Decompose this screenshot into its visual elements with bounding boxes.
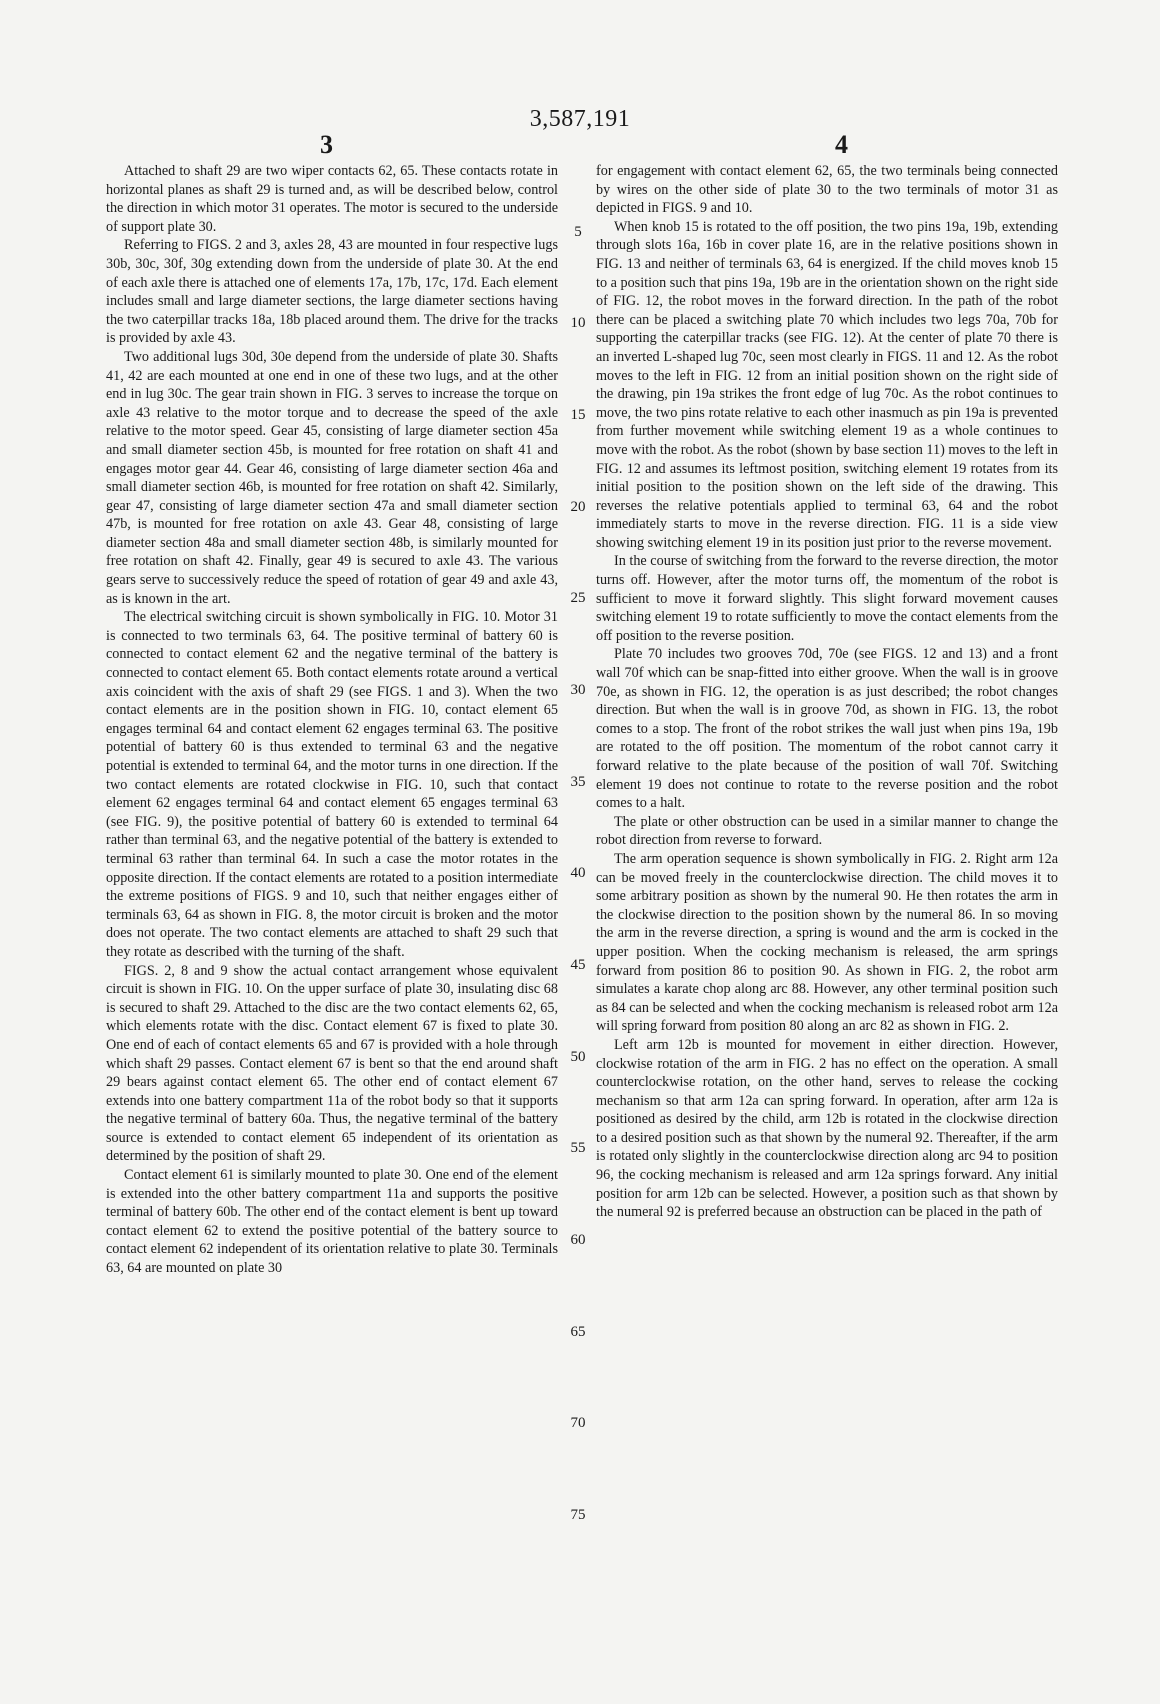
line-number: 5: [565, 224, 591, 241]
line-number: 50: [565, 1049, 591, 1066]
patent-number: 3,587,191: [0, 106, 1160, 133]
paragraph: The plate or other obstruction can be us…: [596, 813, 1058, 850]
line-number: 65: [565, 1324, 591, 1341]
line-number: 15: [565, 407, 591, 424]
paragraph: The arm operation sequence is shown symb…: [596, 850, 1058, 1036]
paragraph: When knob 15 is rotated to the off posit…: [596, 218, 1058, 553]
right-text-column: for engagement with contact element 62, …: [596, 162, 1058, 1222]
line-number: 10: [565, 315, 591, 332]
line-number: 45: [565, 957, 591, 974]
paragraph: Left arm 12b is mounted for movement in …: [596, 1036, 1058, 1222]
paragraph: In the course of switching from the forw…: [596, 552, 1058, 645]
line-number: 55: [565, 1140, 591, 1157]
paragraph: for engagement with contact element 62, …: [596, 162, 1058, 218]
line-number: 20: [565, 499, 591, 516]
line-number: 70: [565, 1415, 591, 1432]
paragraph: FIGS. 2, 8 and 9 show the actual contact…: [106, 962, 558, 1167]
column-number-right: 4: [835, 130, 848, 160]
line-number: 60: [565, 1232, 591, 1249]
column-number-left: 3: [320, 130, 333, 160]
paragraph: Plate 70 includes two grooves 70d, 70e (…: [596, 645, 1058, 812]
paragraph: Referring to FIGS. 2 and 3, axles 28, 43…: [106, 236, 558, 348]
paragraph: The electrical switching circuit is show…: [106, 608, 558, 961]
line-number: 35: [565, 774, 591, 791]
paragraph: Contact element 61 is similarly mounted …: [106, 1166, 558, 1278]
paragraph: Attached to shaft 29 are two wiper conta…: [106, 162, 558, 236]
line-number: 75: [565, 1507, 591, 1524]
line-number: 30: [565, 682, 591, 699]
line-number: 40: [565, 865, 591, 882]
line-number: 25: [565, 590, 591, 607]
paragraph: Two additional lugs 30d, 30e depend from…: [106, 348, 558, 608]
left-text-column: Attached to shaft 29 are two wiper conta…: [106, 162, 558, 1278]
